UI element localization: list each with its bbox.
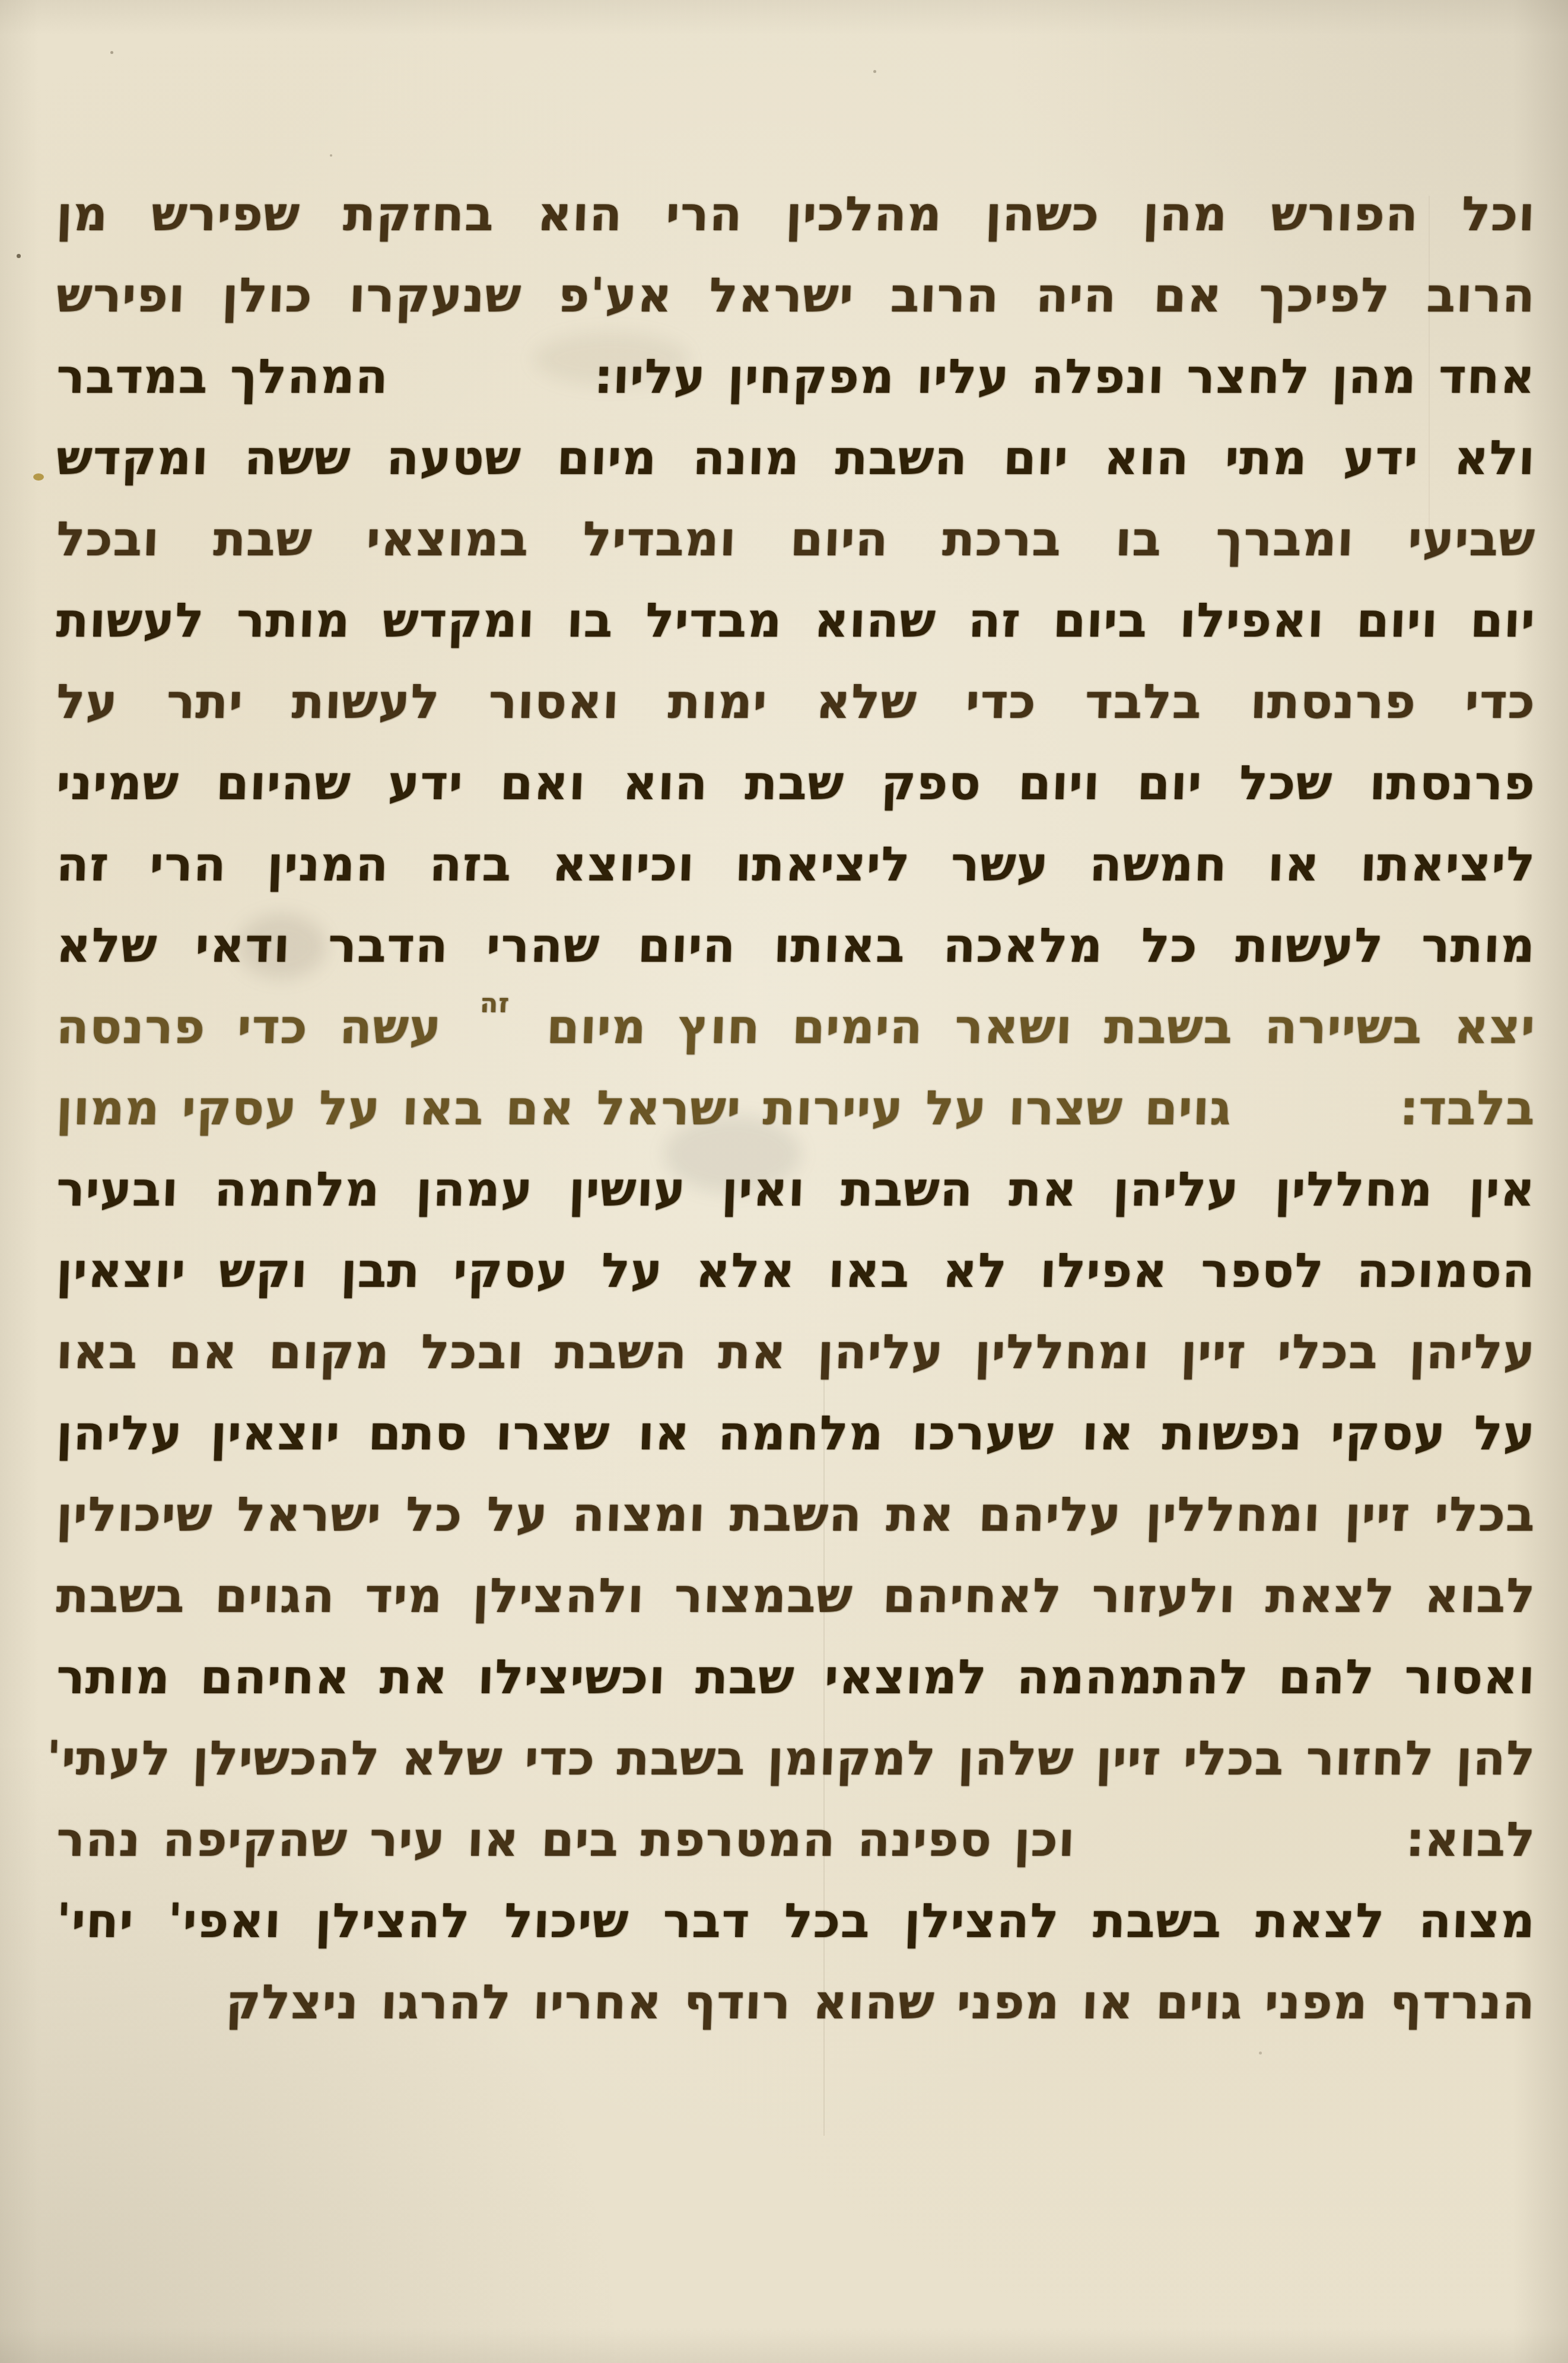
manuscript-line: אחד מהן לחצר ונפלה עליו מפקחין עליו׃המהל…	[55, 336, 1537, 417]
manuscript-line: פרנסתו שכל יום ויום ספק שבת הוא ואם ידע …	[55, 742, 1537, 823]
manuscript-line: אין מחללין עליהן את השבת ואין עושין עמהן…	[55, 1149, 1537, 1230]
line-segment: לבוא׃	[1405, 1799, 1537, 1880]
line-segment: אחד מהן לחצר ונפלה עליו מפקחין עליו׃	[593, 336, 1537, 417]
manuscript-page: וכל הפורש מהן כשהן מהלכין הרי הוא בחזקת …	[0, 0, 1568, 2363]
ink-speck	[17, 254, 21, 258]
ink-speck	[873, 70, 876, 73]
ink-speck	[330, 154, 332, 157]
line-segment: וכן ספינה המטרפת בים או עיר שהקיפה נהר	[55, 1799, 1077, 1880]
manuscript-line: לבוא׃וכן ספינה המטרפת בים או עיר שהקיפה …	[55, 1799, 1537, 1880]
manuscript-line: מותר לעשות כל מלאכה באותו היום שהרי הדבר…	[55, 905, 1537, 986]
manuscript-line: להן לחזור בכלי זיין שלהן למקומן בשבת כדי…	[55, 1718, 1537, 1799]
manuscript-line: עליהן בכלי זיין ומחללין עליהן את השבת וב…	[55, 1311, 1537, 1392]
line-segment: בלבד׃	[1399, 1067, 1537, 1149]
line-segment: גוים שצרו על עיירות ישראל אם באו על עסקי…	[55, 1067, 1233, 1149]
paper-fleck	[33, 473, 44, 481]
manuscript-line: מצוה לצאת בשבת להצילן בכל דבר שיכול להצי…	[55, 1880, 1537, 1961]
manuscript-line: יום ויום ואפילו ביום זה שהוא מבדיל בו ומ…	[55, 580, 1537, 661]
manuscript-line: ליציאתו או חמשה עשר ליציאתו וכיוצא בזה ה…	[55, 823, 1537, 905]
manuscript-line: הסמוכה לספר אפילו לא באו אלא על עסקי תבן…	[55, 1230, 1537, 1311]
manuscript-line: שביעי ומברך בו ברכת היום ומבדיל במוצאי ש…	[55, 498, 1537, 580]
manuscript-line: הנרדף מפני גוים או מפני שהוא רודף אחריו …	[55, 1961, 1537, 2043]
manuscript-line: יצא בשיירה בשבת ושאר הימים חוץ מיום זה ע…	[55, 986, 1537, 1067]
text-block: וכל הפורש מהן כשהן מהלכין הרי הוא בחזקת …	[56, 173, 1535, 2043]
line-segment: המהלך במדבר	[55, 336, 390, 417]
manuscript-line: ואסור להם להתמהמה למוצאי שבת וכשיצילו את…	[55, 1636, 1537, 1718]
manuscript-line: בלבד׃גוים שצרו על עיירות ישראל אם באו על…	[55, 1067, 1537, 1149]
manuscript-line: לבוא לצאת ולעזור לאחיהם שבמצור ולהצילן מ…	[55, 1555, 1537, 1636]
manuscript-line: בכלי זיין ומחללין עליהם את השבת ומצוה על…	[55, 1474, 1537, 1555]
ink-speck	[110, 51, 113, 54]
manuscript-line: כדי פרנסתו בלבד כדי שלא ימות ואסור לעשות…	[55, 661, 1537, 742]
ink-speck	[1259, 2052, 1262, 2054]
manuscript-line: הרוב לפיכך אם היה הרוב ישראל אע'פ שנעקרו…	[55, 255, 1537, 336]
manuscript-line: וכל הפורש מהן כשהן מהלכין הרי הוא בחזקת …	[55, 173, 1537, 255]
manuscript-line: על עסקי נפשות או שערכו מלחמה או שצרו סתם…	[55, 1392, 1537, 1474]
manuscript-line: ולא ידע מתי הוא יום השבת מונה מיום שטעה …	[55, 417, 1537, 498]
